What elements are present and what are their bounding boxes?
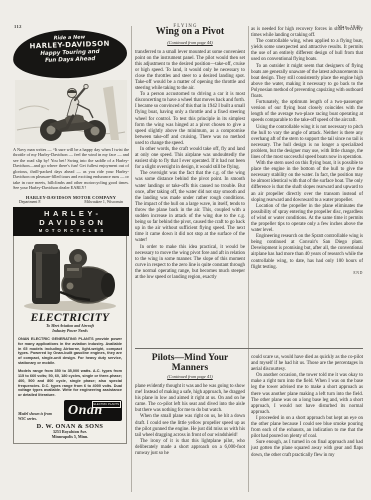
wing-paragraph: Fortunately, the optimum length of a two… <box>251 100 363 124</box>
electricity-headline: ELECTRICITY <box>18 312 122 324</box>
pilots-article-middle-column: Pilots—Mind Your Manners (Continued from… <box>135 353 245 457</box>
onan-logo: ELECTRIC PLANTS Onan <box>64 400 122 421</box>
wing-paragraph: In order to make this idea practical, it… <box>135 245 245 282</box>
model-note: Model shown is from W5C series. <box>18 412 60 422</box>
pilots-article-title: Pilots—Mind Your Manners <box>135 353 245 373</box>
onan-electricity-ad: ELECTRICITY To Meet Aviation and Aircraf… <box>13 236 127 444</box>
wing-paragraph: To a person accustomed to driving a car … <box>135 92 245 147</box>
wing-paragraph: To an outsider it might seem that design… <box>251 64 363 101</box>
wing-paragraph: Engineering research on the Spratt contr… <box>251 234 363 271</box>
pilots-paragraph: could scare us, would have died as quick… <box>251 355 363 373</box>
wing-article-middle-column: Wing on a Pivot (Continued from page 44)… <box>135 27 245 281</box>
generator-engine-photo <box>20 238 120 312</box>
wing-paragraph: Location of the propeller in the plane e… <box>251 204 363 234</box>
harley-headline-blob: Ride a New HARLEY-DAVIDSON Happy Touring… <box>12 28 128 80</box>
electricity-subtitle: To Meet Aviation and Aircraft Industry P… <box>18 324 122 333</box>
wing-paragraph: as is needed for high recovery forces in… <box>251 27 363 39</box>
harley-ad-copy: A Navy man writes — “It sure will be a h… <box>13 147 129 191</box>
pilots-paragraph: The irony of it is that this lightplane … <box>135 439 245 457</box>
pilots-paragraph: When the small plane was right on us, he… <box>135 414 245 438</box>
pilots-paragraph: I proceeded in on a short approach but k… <box>251 416 363 440</box>
article-end-marker: END <box>251 271 363 276</box>
wing-paragraph: The controllable wing, when applied to a… <box>251 39 363 63</box>
onan-logo-row: Model shown is from W5C series. ELECTRIC… <box>18 400 122 421</box>
column-rule-right <box>248 26 249 492</box>
onan-ad-copy-1: ONAN ELECTRIC GENERATING PLANTS provide … <box>18 337 122 366</box>
onan-logo-text: Onan <box>68 401 103 420</box>
pilots-continued-note: (Continued from page 41) <box>135 373 245 381</box>
wing-article-title: Wing on a Pivot <box>135 27 245 38</box>
wing-continued-note: (Continued from page 44) <box>135 39 245 47</box>
wing-paragraph: Using the controllable wing it is not ne… <box>251 125 363 162</box>
onan-ad-copy-2: Models range from 350 to 35,000 watts. A… <box>18 369 122 398</box>
pilots-paragraph: On another occasion, the tower told me i… <box>251 373 363 416</box>
harley-address-line: Department F. Milwaukee 1, Wisconsin <box>13 200 129 205</box>
magazine-page: 112 FLYING May, 1946 Ride a New HARLEY-D… <box>0 0 371 500</box>
wing-paragraph: In other words, the craft would take off… <box>135 147 245 171</box>
harley-logo-banner: HARLEY- DAVIDSON MOTORCYCLES <box>13 207 129 236</box>
wing-paragraph: The oversight was the fact that the c.g.… <box>135 171 245 244</box>
pilots-paragraph: Sure enough, as I turned in on final app… <box>251 440 363 458</box>
pilots-article-right-column: could scare us, would have died as quick… <box>251 355 363 459</box>
electricity-subtitle-line2: Industry Power Needs <box>18 329 122 334</box>
pilots-title-line1: Pilots—Mind Your <box>152 353 228 363</box>
motorcycle-rider-illustration <box>15 80 127 144</box>
onan-address-city: Minneapolis 5, Minn. <box>18 435 122 440</box>
advertising-column: Ride a New HARLEY-DAVIDSON Happy Touring… <box>13 30 129 444</box>
wing-paragraph: With the stern used on this flying boat,… <box>251 161 363 204</box>
article-divider-rule <box>135 348 363 349</box>
wing-paragraph: transferred to a small lever mounted at … <box>135 50 245 93</box>
harley-davidson-ad: Ride a New HARLEY-DAVIDSON Happy Touring… <box>13 30 129 236</box>
pilots-title-line2: Manners <box>172 363 208 373</box>
harley-city: Milwaukee 1, Wisconsin <box>84 200 123 205</box>
harley-banner-line2: DAVIDSON <box>13 219 129 228</box>
column-rule-left <box>131 26 132 492</box>
harley-banner-line3: MOTORCYCLES <box>13 228 129 234</box>
harley-department: Department F. <box>19 200 41 205</box>
pilots-paragraph: plane evidently thought it was and he wa… <box>135 384 245 414</box>
wing-article-right-column: as is needed for high recovery forces in… <box>251 27 363 276</box>
